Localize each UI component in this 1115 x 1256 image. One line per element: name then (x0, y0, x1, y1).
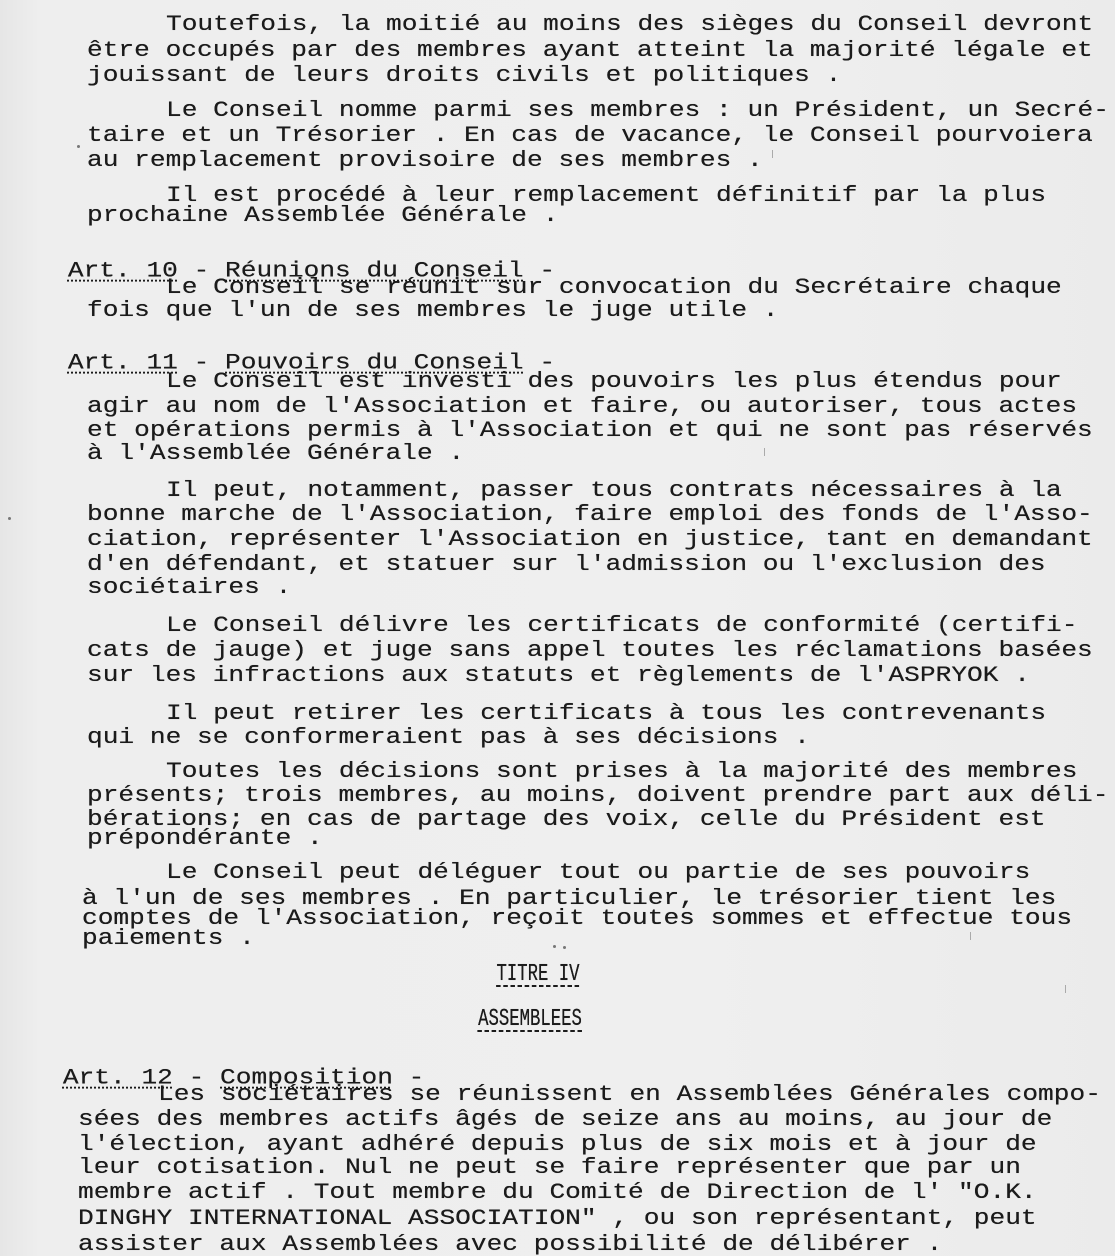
text-line: agir au nom de l'Association et faire, o… (87, 395, 1077, 417)
scan-speck (563, 946, 566, 949)
section-subtitle: ASSEMBLEES (451, 1007, 609, 1033)
text-line: assister aux Assemblées avec possibilité… (78, 1233, 942, 1255)
scan-mark (772, 150, 773, 158)
scan-mark (970, 932, 971, 940)
text-line: Le Conseil délivre les certificats de co… (166, 614, 1077, 636)
article-heading-10: Art. 10 - Réunions du Conseil - (5, 237, 555, 259)
text-line: être occupés par des membres ayant attei… (87, 39, 1093, 61)
text-line: ciation, représenter l'Association en ju… (87, 528, 1093, 550)
text-line: Il peut, notamment, passer tous contrats… (166, 479, 1062, 501)
article-number: Art. 12 (63, 1064, 173, 1090)
text-line: au remplacement provisoire de ses membre… (87, 149, 763, 171)
text-line: et opérations permis à l'Association et … (87, 419, 1093, 441)
article-heading-12: Art. 12 - Composition - (0, 1044, 424, 1066)
text-line: cats de jauge) et juge sans appel toutes… (87, 639, 1093, 661)
text-line: Le Conseil est investi des pouvoirs les … (166, 370, 1062, 392)
scan-speck (8, 517, 11, 520)
text-line: membre actif . Tout membre du Comité de … (78, 1181, 1037, 1203)
section-title: TITRE IV (480, 962, 595, 988)
text-line: sées des membres actifs âgés de seize an… (78, 1108, 1052, 1130)
text-line: Il peut retirer les certificats à tous l… (166, 702, 1046, 724)
text-line: Toutefois, la moitié au moins des sièges… (166, 13, 1093, 35)
text-line: prépondérante . (87, 827, 323, 849)
text-line: sur les infractions aux statuts et règle… (87, 664, 1030, 686)
text-line: Le Conseil se réunit sur convocation du … (166, 276, 1062, 298)
text-line: DINGHY INTERNATIONAL ASSOCIATION" , ou s… (78, 1207, 1037, 1229)
article-heading-11: Art. 11 - Pouvoirs du Conseil - (5, 329, 555, 351)
text-line: d'en défendant, et statuer sur l'admissi… (87, 553, 1046, 575)
text-line: bonne marche de l'Association, faire emp… (87, 503, 1093, 525)
text-line: leur cotisation. Nul ne peut se faire re… (78, 1156, 1021, 1178)
text-line: Le Conseil peut déléguer tout ou partie … (166, 861, 1030, 883)
text-line: l'élection, ayant adhéré depuis plus de … (78, 1133, 1037, 1155)
article-number: Art. 10 (68, 257, 178, 283)
text-line: paiements . (82, 927, 255, 949)
text-line: Toutes les décisions sont prises à la ma… (166, 760, 1077, 782)
text-line: taire et un Trésorier . En cas de vacanc… (87, 124, 1093, 146)
text-line: sociétaires . (87, 576, 291, 598)
text-line: qui ne se conformeraient pas à ses décis… (87, 726, 810, 748)
scan-mark (1065, 985, 1066, 993)
scan-speck (77, 145, 80, 148)
scan-mark (764, 448, 765, 456)
text-line: Le Conseil nomme parmi ses membres : un … (166, 99, 1109, 121)
text-line: à l'Assemblée Générale . (87, 442, 464, 464)
article-number: Art. 11 (68, 349, 178, 375)
text-line: fois que l'un de ses membres le juge uti… (87, 299, 778, 321)
scanned-page: Toutefois, la moitié au moins des sièges… (0, 0, 1115, 1256)
text-line: Les sociétaires se réunissent en Assembl… (158, 1083, 1101, 1105)
scan-speck (553, 945, 556, 948)
text-line: prochaine Assemblée Générale . (87, 204, 558, 226)
text-line: présents; trois membres, au moins, doive… (87, 784, 1108, 806)
text-line: jouissant de leurs droits civils et poli… (87, 64, 841, 86)
